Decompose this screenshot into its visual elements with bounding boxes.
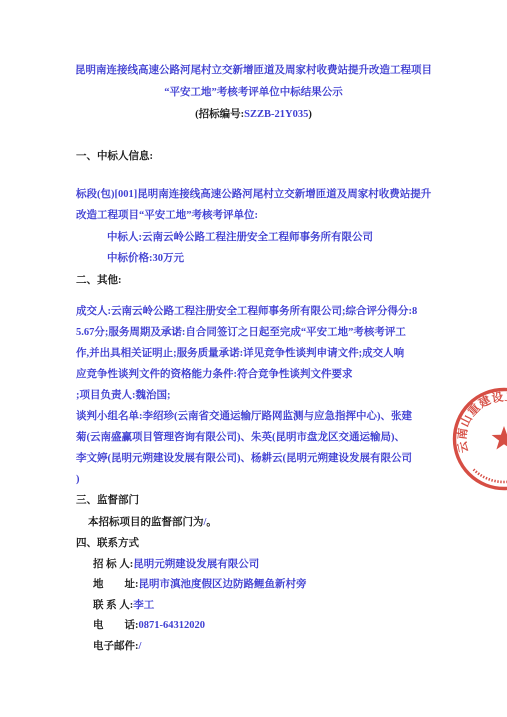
contact-value: 昆明元朔建设发展有限公司	[133, 559, 259, 570]
section-heading-other: 二、其他:	[76, 270, 507, 292]
contact-label: 招 标 人:	[93, 559, 133, 570]
contact-row-email: 电子邮件:/	[93, 637, 507, 658]
tender-number-prefix: (招标编号:	[195, 109, 244, 120]
contact-label: 地 址:	[93, 579, 139, 590]
contact-label: 联 系 人:	[93, 600, 133, 611]
section-heading-winner-info: 一、中标人信息:	[76, 146, 507, 168]
winning-price-line: 中标价格:30万元	[76, 248, 499, 270]
contact-row-address: 地 址:昆明市滇池度假区边防路鲤鱼新村旁	[93, 575, 507, 596]
contact-label: 电 话:	[93, 620, 139, 631]
contact-row-person: 联 系 人:李工	[93, 596, 507, 617]
supervision-prefix: 本招标项目的监督部门为	[88, 517, 204, 528]
contact-value: 0871-64312020	[139, 620, 206, 631]
winner-name-line: 中标人:云南云岭公路工程注册安全工程师事务所有限公司	[76, 227, 499, 249]
tender-number-suffix: )	[308, 109, 312, 120]
document-page: 昆明南连接线高速公路河尾村立交新增匝道及周家村收费站提升改造工程项目 “平安工地…	[0, 0, 507, 717]
contact-row-phone: 电 话:0871-64312020	[93, 616, 507, 637]
page-title: 昆明南连接线高速公路河尾村立交新增匝道及周家村收费站提升改造工程项目 “平安工地…	[0, 60, 507, 104]
tender-number-line: (招标编号:SZZB-21Y035)	[0, 104, 507, 126]
contact-value: 昆明市滇池度假区边防路鲤鱼新村旁	[139, 579, 307, 590]
supervision-line: 本招标项目的监督部门为/。	[76, 512, 480, 534]
contact-list: 招 标 人:昆明元朔建设发展有限公司 地 址:昆明市滇池度假区边防路鲤鱼新村旁 …	[93, 555, 507, 658]
contact-value: /	[139, 641, 142, 652]
supervision-suffix: 。	[206, 517, 217, 528]
section-heading-supervision: 三、监督部门	[76, 490, 507, 512]
contact-value: 李工	[133, 600, 154, 611]
section-heading-contact: 四、联系方式	[76, 533, 507, 555]
package-description: 标段(包)[001]昆明南连接线高速公路河尾村立交新增匝道及周家村收费站提升 改…	[76, 184, 468, 227]
document-content: 昆明南连接线高速公路河尾村立交新增匝道及周家村收费站提升改造工程项目 “平安工地…	[0, 0, 507, 657]
contact-row-bidder: 招 标 人:昆明元朔建设发展有限公司	[93, 555, 507, 576]
contact-label: 电子邮件:	[93, 641, 139, 652]
deal-details-paragraph: 成交人:云南云岭公路工程注册安全工程师事务所有限公司;综合评分得分:8 5.67…	[76, 301, 468, 490]
tender-number-value: SZZB-21Y035	[244, 109, 308, 120]
